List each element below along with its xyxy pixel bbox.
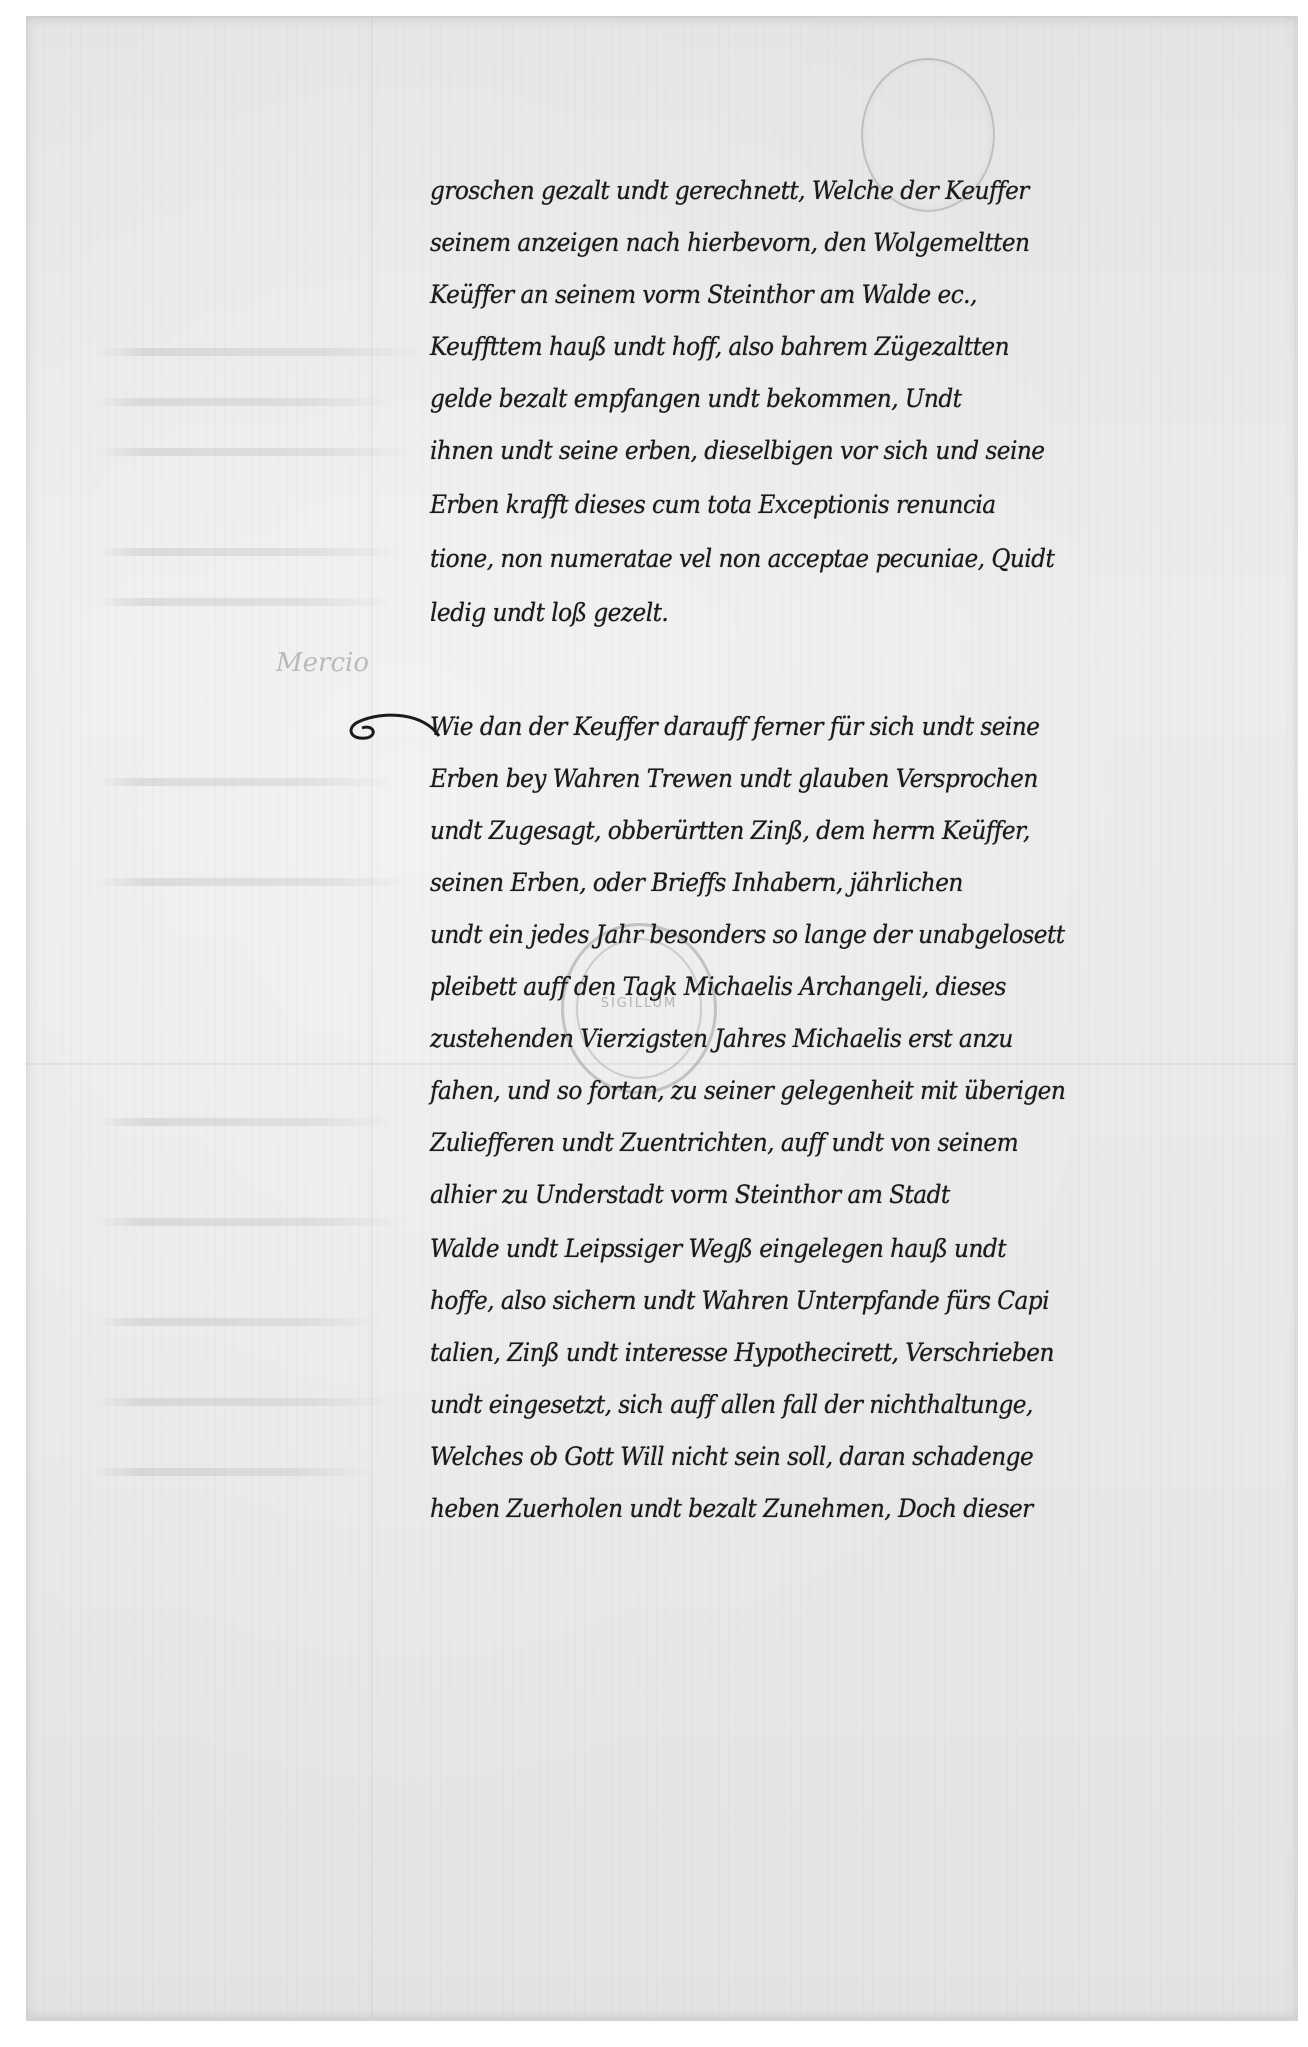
text-line: Walde undt Leipssiger Wegß eingelegen ha… [430,1234,1006,1264]
bleedthrough-line [96,598,396,606]
text-line: Keüffer an seinem vorm Steinthor am Wald… [430,280,977,310]
bleedthrough-line [96,548,406,556]
text-line: seinem anzeigen nach hierbevorn, den Wol… [430,228,1029,258]
bleedthrough-line [96,778,396,786]
bleedthrough-line [96,348,426,356]
text-line: Erben krafft dieses cum tota Exceptionis… [430,490,996,520]
bleedthrough-line [96,1318,386,1326]
bleedthrough-word: Mercio [276,648,369,678]
text-line: zustehenden Vierzigsten Jahres Michaelis… [430,1024,1013,1054]
text-line: ihnen undt seine erben, dieselbigen vor … [430,436,1044,466]
bleedthrough-line [96,878,416,886]
text-line: Wie dan der Keuffer darauff ferner für s… [430,712,1039,742]
text-line: tione, non numeratae vel non acceptae pe… [430,544,1054,574]
text-line: ledig undt loß gezelt. [430,598,668,628]
text-line: pleibett auff den Tagk Michaelis Archang… [430,972,1006,1002]
text-line: hoffe, also sichern undt Wahren Unterpfa… [430,1286,1049,1316]
text-line: undt eingesetzt, sich auff allen fall de… [430,1390,1033,1420]
text-line: seinen Erben, oder Brieffs Inhabern, jäh… [430,868,963,898]
text-line: alhier zu Understadt vorm Steinthor am S… [430,1180,950,1210]
text-line: heben Zuerholen undt bezalt Zunehmen, Do… [430,1494,1033,1524]
text-line: Keuffttem hauß undt hoff, also bahrem Zü… [430,332,1009,362]
fold-line-vertical [371,18,373,2018]
text-line: Welches ob Gott Will nicht sein soll, da… [430,1442,1033,1472]
bleedthrough-line [96,1468,376,1476]
text-line: gelde bezalt empfangen undt bekommen, Un… [430,384,961,414]
paragraph-flourish-icon [344,708,444,748]
bleedthrough-line [96,448,416,456]
bleedthrough-line [96,1118,396,1126]
text-line: Erben bey Wahren Trewen undt glauben Ver… [430,764,1038,794]
text-line: undt ein jedes Jahr besonders so lange d… [430,920,1065,950]
text-line: undt Zugesagt, obberürtten Zinß, dem her… [430,816,1030,846]
manuscript-page: Mercio SIGILLUM groschen gezalt undt ger… [26,16,1298,2021]
text-line: Zuliefferen undt Zuentrichten, auff undt… [430,1128,1018,1158]
text-line: groschen gezalt undt gerechnett, Welche … [430,176,1029,206]
text-line: talien, Zinß undt interesse Hypotheciret… [430,1338,1054,1368]
bleedthrough-line [96,1218,406,1226]
bleedthrough-line [96,398,396,406]
bleedthrough-line [96,1398,396,1406]
text-line: fahen, und so fortan, zu seiner gelegenh… [430,1076,1065,1106]
